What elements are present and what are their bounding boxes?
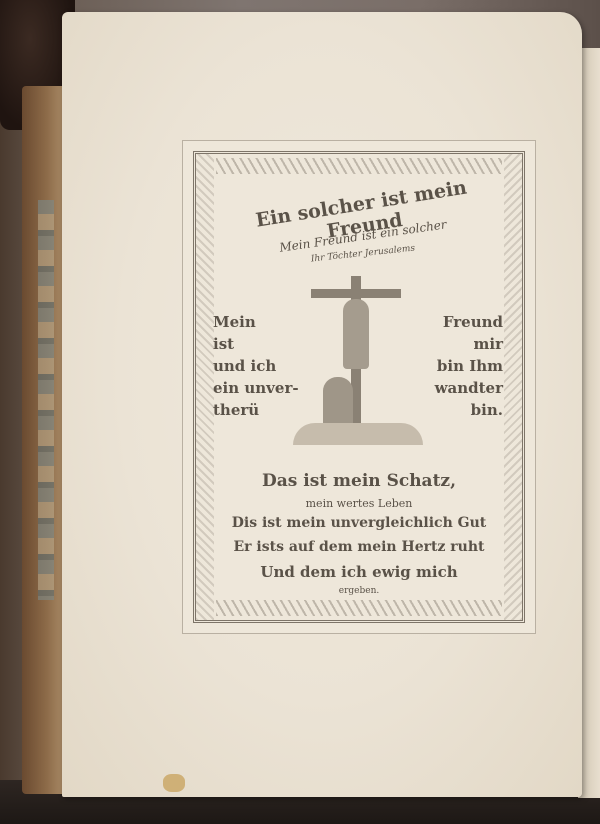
left-text-column: Mein ist und ich ein unver- therü [213,311,303,421]
left-line: ist [213,333,303,355]
kneeling-figure [323,377,353,429]
right-line: bin Ihm [413,355,503,377]
right-line: bin. [413,399,503,421]
left-line: und ich [213,355,303,377]
verse-line: Das ist mein Schatz, [213,471,505,491]
left-line: Mein [213,311,303,333]
golgotha-hill [293,423,423,445]
right-text-column: Freund mir bin Ihm wandter bin. [413,311,503,421]
verse-line: Er ists auf dem mein Hertz ruht [213,539,505,555]
border-top-ornament [216,158,502,174]
engraved-plate: Ein solcher ist mein Freund Mein Freund … [182,140,536,634]
left-line: therü [213,399,303,421]
verse-line: ergeben. [213,586,505,596]
marbled-endpaper [38,200,54,600]
right-line: Freund [413,311,503,333]
right-line: wandter [413,377,503,399]
library-stamp [163,774,185,792]
verse-line: Dis ist mein unvergleichlich Gut [213,515,505,531]
crucified-figure [343,299,369,369]
right-line: mir [413,333,503,355]
verse-line: mein wertes Leben [213,497,505,510]
cross-beam [311,289,401,298]
left-line: ein unver- [213,377,303,399]
border-bottom-ornament [216,600,502,616]
verse-line: Und dem ich ewig mich [213,563,505,581]
